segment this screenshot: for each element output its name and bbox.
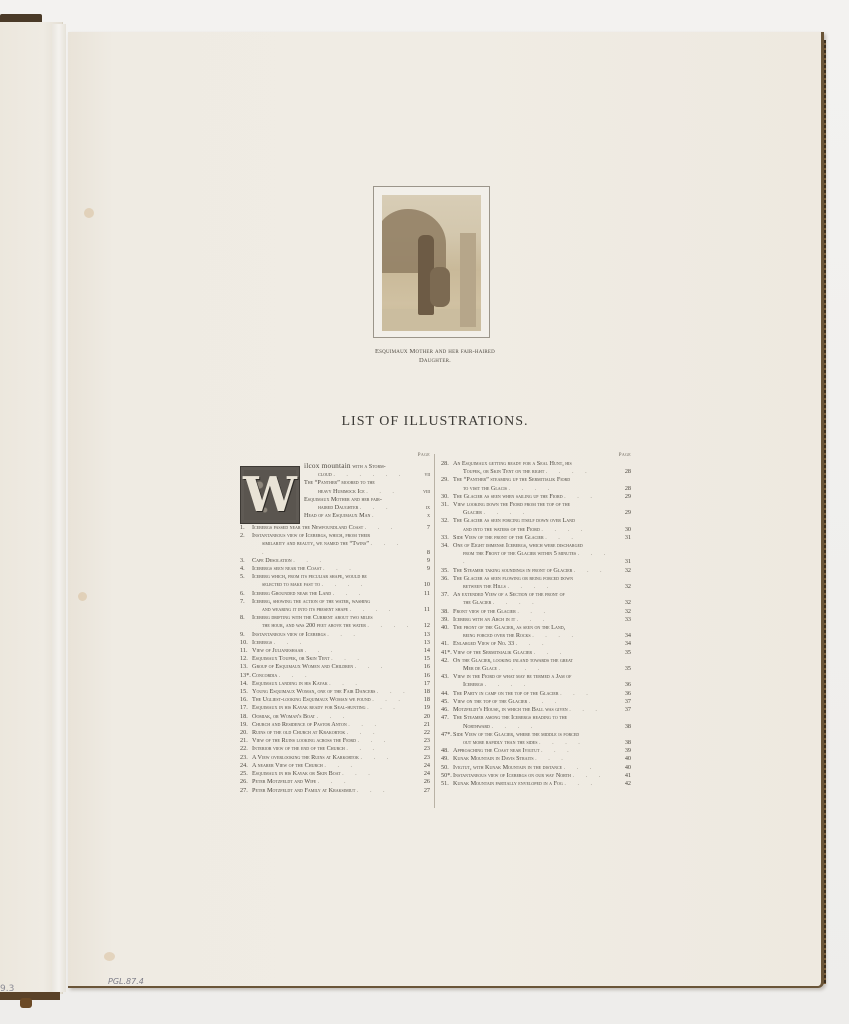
entry-text-cont: the Glacier — [463, 599, 491, 606]
entry-page: 27 — [414, 787, 430, 795]
entry-text: On the Glacier, looking inland towards t… — [453, 657, 573, 664]
entry-text: The Ugliest-looking Esquimaux Woman we f… — [252, 696, 371, 703]
entry-number: 24. — [240, 762, 252, 770]
entry-text: Ivigtut, with Kunak Mountain in the dist… — [453, 764, 562, 771]
entry-text: Ruins of the old Church at Krakortok — [252, 729, 345, 736]
entry-number: 7. — [240, 598, 252, 606]
entry-text: Iceberg, showing the action of the water… — [252, 598, 370, 605]
entry-page: 9 — [414, 557, 430, 565]
entry-number: 50*. — [441, 772, 453, 780]
list-item: 24.A nearer View of the Church . . .24 — [240, 762, 430, 770]
entry-text: Side View of the Glacier, where the midd… — [453, 731, 579, 738]
entry-number: 31. — [441, 501, 453, 509]
list-item: Esquimaux Mother and her fair-haired Dau… — [304, 496, 430, 512]
entry-number: 44. — [441, 690, 453, 698]
binding-damage-fragment — [20, 998, 32, 1008]
photograph-mount — [373, 186, 490, 338]
entry-page: 40 — [615, 764, 631, 772]
entry-page: 16 — [414, 663, 430, 671]
entry-page: 31 — [615, 558, 631, 566]
entry-number: 49. — [441, 755, 453, 763]
entry-number: 19. — [240, 721, 252, 729]
list-item: 16.The Ugliest-looking Esquimaux Woman w… — [240, 696, 430, 704]
frontispiece-entries: ilcox mountain with a Storm-cloud . . . … — [304, 460, 430, 524]
list-item: 4.Icebergs seen near the Coast . . .9 — [240, 565, 430, 573]
entry-number: 29. — [441, 476, 453, 484]
entry-page: 28 — [615, 485, 631, 493]
entry-number: 3. — [240, 557, 252, 565]
photograph-esquimaux-mother-and-daughter — [382, 195, 481, 331]
entry-text: with a Storm- — [352, 463, 385, 470]
entry-number: 6. — [240, 590, 252, 598]
list-item: 22.Interior view of the end of the Churc… — [240, 745, 430, 753]
list-item: 32.The Glacier as seen forcing itself do… — [441, 517, 631, 533]
entry-number: 50. — [441, 764, 453, 772]
entry-number: 13. — [240, 663, 252, 671]
entry-page: 35 — [615, 649, 631, 657]
entry-number: 27. — [240, 787, 252, 795]
entry-page: viii — [414, 488, 430, 496]
list-item: 30.The Glacier as seen when sailing up t… — [441, 493, 631, 501]
entry-text: Icebergs seen near the Coast — [252, 565, 322, 572]
list-item: 47.The Steamer among the Icebergs headin… — [441, 714, 631, 730]
entry-text-cont: haired Daughter — [318, 504, 358, 511]
entry-page: 21 — [414, 721, 430, 729]
entry-number: 37. — [441, 591, 453, 599]
page-column-header: Page — [240, 452, 430, 460]
entry-page: 35 — [615, 665, 631, 673]
list-item: 51.Kunak Mountain partially enveloped in… — [441, 780, 631, 788]
list-item: 15.Young Esquimaux Woman, one of the Fai… — [240, 688, 430, 696]
entry-text: Motzfeldt's House, in which the Ball was… — [453, 706, 568, 713]
entry-page: 23 — [414, 754, 430, 762]
list-item: 13.Group of Esquimaux Women and Children… — [240, 663, 430, 671]
entry-text-cont: similarity and beauty, we named the “Twi… — [262, 540, 369, 547]
list-item: 21.View of the Ruins looking across the … — [240, 737, 430, 745]
entry-text: Head of an Esquimaux Man — [304, 512, 370, 519]
entry-page: 14 — [414, 647, 430, 655]
entry-number: 22. — [240, 745, 252, 753]
entry-number: 42. — [441, 657, 453, 665]
entry-number: 30. — [441, 493, 453, 501]
entry-number: 32. — [441, 517, 453, 525]
entry-text-cont: the hour, and was 200 feet above the wat… — [262, 622, 366, 629]
entry-number: 35. — [441, 567, 453, 575]
entry-text: Concordia — [252, 672, 277, 679]
entry-number: 16. — [240, 696, 252, 704]
entry-page: 15 — [414, 655, 430, 663]
entry-text-cont: Northward — [463, 723, 490, 730]
entry-number: 8. — [240, 614, 252, 622]
entry-text: The Glacier as seen when sailing up the … — [453, 493, 563, 500]
entry-page: 33 — [615, 616, 631, 624]
entry-text: View of the Sermitsialik Glacier — [453, 649, 532, 656]
entry-text: The Party in camp on the top of the Glac… — [453, 690, 559, 697]
entry-page: 24 — [414, 770, 430, 778]
entry-number: 1. — [240, 524, 252, 532]
entry-text: Iceberg drifting with the Current about … — [252, 614, 373, 621]
entry-text-cont: Mer de Glace — [463, 665, 497, 672]
entry-page: x — [414, 512, 430, 520]
entry-page: 32 — [615, 608, 631, 616]
caption-line-2: Daughter. — [340, 356, 530, 365]
list-item: Head of an Esquimaux Man . x — [304, 512, 430, 520]
list-item: 39.Iceberg with an Arch in it . . .33 — [441, 616, 631, 624]
entry-text: Esquimaux Mother and her fair- — [304, 496, 382, 503]
entry-number: 47. — [441, 714, 453, 722]
entry-text: Icebergs passed near the Newfoundland Co… — [252, 524, 363, 531]
entry-number: 21. — [240, 737, 252, 745]
page-title: LIST OF ILLUSTRATIONS. — [300, 414, 570, 430]
list-item: 42.On the Glacier, looking inland toward… — [441, 657, 631, 673]
entry-page: 22 — [414, 729, 430, 737]
entry-page: 9 — [414, 565, 430, 573]
gutter-strip — [52, 24, 66, 992]
entry-number: 14. — [240, 680, 252, 688]
list-item: 8.Iceberg drifting with the Current abou… — [240, 614, 430, 630]
list-item: 26.Peter Motzfeldt and Wife . . .26 — [240, 778, 430, 786]
entry-text: Approaching the Coast near Ivigtut — [453, 747, 539, 754]
entry-page: 37 — [615, 706, 631, 714]
list-item: 41*.View of the Sermitsialik Glacier . .… — [441, 649, 631, 657]
list-item: The “Panther” moored to theheavy Hummock… — [304, 479, 430, 495]
entry-page: 16 — [414, 672, 430, 680]
list-item: 33.Side View of the front of the Glacier… — [441, 534, 631, 542]
list-item: 19.Church and Residence of Pastor Anton … — [240, 721, 430, 729]
list-item: 25.Esquimaux in his Kayak or Skin Boat .… — [240, 770, 430, 778]
entry-number: 10. — [240, 639, 252, 647]
frontispiece-block: W ilcox mountain with a Storm-cloud . . … — [240, 460, 430, 524]
entry-text: Instantaneous view of Icebergs, which, f… — [252, 532, 370, 539]
list-item: 6.Iceberg Grounded near the Land . . .11 — [240, 590, 430, 598]
entry-text-cont: from the Front of the Glacier within 5 m… — [463, 550, 576, 557]
entry-page: 11 — [414, 590, 430, 598]
list-item: 11.View of Julianeshaab . . .14 — [240, 647, 430, 655]
entry-text: Interior view of the end of the Church — [252, 745, 345, 752]
entry-page: 41 — [615, 772, 631, 780]
list-item: 38.Front view of the Glacier . . .32 — [441, 608, 631, 616]
entry-number: 23. — [240, 754, 252, 762]
entry-text: An Esquimaux getting ready for a Seal Hu… — [453, 460, 572, 467]
entry-text: One of Eight immense Icebergs, which wer… — [453, 542, 583, 549]
photo-caption: Esquimaux Mother and her fair-haired Dau… — [340, 347, 530, 365]
entry-page: 34 — [615, 632, 631, 640]
entry-page: 11 — [414, 606, 430, 614]
entry-text-cont: cloud — [318, 471, 332, 478]
list-item: 37.An extended View of a Section of the … — [441, 591, 631, 607]
list-item: 7.Iceberg, showing the action of the wat… — [240, 598, 430, 614]
list-item: 3.Cape Desolation . . .9 — [240, 557, 430, 565]
list-item: 1.Icebergs passed near the Newfoundland … — [240, 524, 430, 532]
foxing-spot — [78, 592, 87, 601]
entry-page: 17 — [414, 680, 430, 688]
entry-text-cont: Toupek, or Skin Tent on the right — [463, 468, 544, 475]
entry-number: 33. — [441, 534, 453, 542]
entry-text-cont: between the Hills — [463, 583, 506, 590]
entry-page: 42 — [615, 780, 631, 788]
entry-page: 18 — [414, 696, 430, 704]
list-item: 31.View looking down the Fiord from the … — [441, 501, 631, 517]
entry-text: View of Julianeshaab — [252, 647, 303, 654]
list-item: 17.Esquimaux in his Kayak ready for Seal… — [240, 704, 430, 712]
list-item: 35.The Steamer taking soundings in front… — [441, 567, 631, 575]
list-item: 10.Icebergs . . .13 — [240, 639, 430, 647]
entry-number: 17. — [240, 704, 252, 712]
foxing-spot — [84, 208, 94, 218]
entry-text: ilcox mountain — [304, 461, 351, 470]
list-item: 41.Enlarged View of No. 33 . . .34 — [441, 640, 631, 648]
entry-number: 5. — [240, 573, 252, 581]
list-item: 20.Ruins of the old Church at Krakortok … — [240, 729, 430, 737]
entry-text: Esquimaux landing in his Kayak — [252, 680, 328, 687]
left-leaf-mark: 9.3 — [0, 984, 14, 994]
entry-text: A nearer View of the Church — [252, 762, 323, 769]
entry-page: 28 — [615, 468, 631, 476]
list-item: 50.Ivigtut, with Kunak Mountain in the d… — [441, 764, 631, 772]
list-item: 5.Iceberg which, from its peculiar shape… — [240, 573, 430, 589]
entry-page: 37 — [615, 698, 631, 706]
entry-text: The Steamer taking soundings in front of… — [453, 567, 572, 574]
entry-number: 40. — [441, 624, 453, 632]
entry-number: 13*. — [240, 672, 252, 680]
entry-number: 38. — [441, 608, 453, 616]
entry-text: Young Esquimaux Woman, one of the Fair D… — [252, 688, 375, 695]
entry-number: 2. — [240, 532, 252, 540]
entry-page: 30 — [615, 526, 631, 534]
entry-text: Front view of the Glacier — [453, 608, 516, 615]
entry-number: 20. — [240, 729, 252, 737]
entry-page: 29 — [615, 493, 631, 501]
entry-page: 26 — [414, 778, 430, 786]
entry-page: 31 — [615, 534, 631, 542]
entry-text: Instantaneous view of Icebergs on our wa… — [453, 772, 571, 779]
entry-text-cont: Glacier — [463, 509, 482, 516]
entry-text: The “Panther” steaming up the Sermitiali… — [453, 476, 570, 483]
list-item: 29.The “Panther” steaming up the Sermiti… — [441, 476, 631, 492]
entry-number: 18. — [240, 713, 252, 721]
entry-text-cont: selected to make fast to — [262, 581, 320, 588]
entry-number: 9. — [240, 631, 252, 639]
entry-page: 8 — [414, 549, 430, 557]
entry-text: Esquimaux Toupek, or Skin Tent — [252, 655, 330, 662]
entry-text: A View overlooking the Ruins at Karkorto… — [252, 754, 359, 761]
list-item: 9.Instantaneous view of Icebergs . . .13 — [240, 631, 430, 639]
list-item: 46.Motzfeldt's House, in which the Ball … — [441, 706, 631, 714]
column-divider — [434, 454, 435, 808]
entry-text-cont: being forced over the Rocks — [463, 632, 531, 639]
entry-text-cont: and wearing it into its present shape — [262, 606, 348, 613]
entry-text: Enlarged View of No. 33 — [453, 640, 514, 647]
list-item: 49.Kunak Mountain in Davis Straits . . .… — [441, 755, 631, 763]
entry-page: 19 — [414, 704, 430, 712]
entry-page: 24 — [414, 762, 430, 770]
list-item: 40.The front of the Glacier, as seen on … — [441, 624, 631, 640]
entry-text: Peter Motzfeldt and Wife — [252, 778, 316, 785]
entry-page: 13 — [414, 631, 430, 639]
list-item: 45.View on the top of the Glacier . . .3… — [441, 698, 631, 706]
illustrations-column-left: Page W ilcox mountain with a Storm-cloud… — [240, 452, 430, 795]
illustrations-list-left: 1.Icebergs passed near the Newfoundland … — [240, 524, 430, 795]
entry-text: The Steamer among the Icebergs heading t… — [453, 714, 567, 721]
entry-text: View on the top of the Glacier — [453, 698, 527, 705]
entry-page: 32 — [615, 583, 631, 591]
illustrations-list-right: 28.An Esquimaux getting ready for a Seal… — [441, 460, 631, 788]
entry-page: 32 — [615, 567, 631, 575]
entry-page: 38 — [615, 723, 631, 731]
list-item: 43.View in the Fiord of what may be term… — [441, 673, 631, 689]
entry-text: Peter Motzfeldt and Family at Kraksimiut — [252, 787, 355, 794]
entry-number: 4. — [240, 565, 252, 573]
entry-text: Kunak Mountain partially enveloped in a … — [453, 780, 563, 787]
entry-text: View in the Fiord of what may be termed … — [453, 673, 571, 680]
caption-line-1: Esquimaux Mother and her fair-haired — [340, 347, 530, 356]
entry-number: 43. — [441, 673, 453, 681]
entry-page: 34 — [615, 640, 631, 648]
list-item: 44.The Party in camp on the top of the G… — [441, 690, 631, 698]
entry-number: 15. — [240, 688, 252, 696]
entry-text: The Glacier as seen forcing itself down … — [453, 517, 575, 524]
entry-number: 39. — [441, 616, 453, 624]
list-item: 36.The Glacier as seen flowing or being … — [441, 575, 631, 591]
list-item: 50*.Instantaneous view of Icebergs on ou… — [441, 772, 631, 780]
entry-text: Iceberg Grounded near the Land — [252, 590, 331, 597]
entry-text-cont: out more rapidly than the sides — [463, 739, 537, 746]
list-item: 28.An Esquimaux getting ready for a Seal… — [441, 460, 631, 476]
entry-page: 23 — [414, 737, 430, 745]
entry-page: 23 — [414, 745, 430, 753]
entry-number: 51. — [441, 780, 453, 788]
entry-number: 25. — [240, 770, 252, 778]
entry-number: 41*. — [441, 649, 453, 657]
list-item: 14.Esquimaux landing in his Kayak . . .1… — [240, 680, 430, 688]
entry-text: View looking down the Fiord from the top… — [453, 501, 570, 508]
entry-number: 12. — [240, 655, 252, 663]
entry-number: 34. — [441, 542, 453, 550]
entry-text: Side View of the front of the Glacier — [453, 534, 544, 541]
list-item: 13*.Concordia . . .16 — [240, 672, 430, 680]
entry-number: 11. — [240, 647, 252, 655]
list-item: 23.A View overlooking the Ruins at Karko… — [240, 754, 430, 762]
entry-text-cont: Icebergs — [463, 681, 483, 688]
entry-page: vii — [414, 471, 430, 479]
entry-text: Iceberg which, from its peculiar shape, … — [252, 573, 367, 580]
entry-page: 38 — [615, 739, 631, 747]
entry-text: Group of Esquimaux Women and Children — [252, 663, 353, 670]
entry-page: 20 — [414, 713, 430, 721]
entry-number: 46. — [441, 706, 453, 714]
entry-page: 40 — [615, 755, 631, 763]
entry-text: Icebergs — [252, 639, 272, 646]
entry-page: 29 — [615, 509, 631, 517]
entry-page: 10 — [414, 581, 430, 589]
entry-text: Esquimaux in his Kayak or Skin Boat — [252, 770, 341, 777]
entry-number: 41. — [441, 640, 453, 648]
entry-page: 36 — [615, 690, 631, 698]
entry-text: Iceberg with an Arch in it — [453, 616, 515, 623]
decorative-initial-w: W — [240, 466, 300, 524]
entry-text: The Glacier as seen flowing or being for… — [453, 575, 573, 582]
entry-number: 26. — [240, 778, 252, 786]
foxing-spot — [104, 952, 115, 961]
list-item: 27.Peter Motzfeldt and Family at Kraksim… — [240, 787, 430, 795]
entry-page: 18 — [414, 688, 430, 696]
list-item: 18.Oomiak, or Woman's Boat . . .20 — [240, 713, 430, 721]
entry-text: View of the Ruins looking across the Fio… — [252, 737, 356, 744]
entry-page: 12 — [414, 622, 430, 630]
entry-number: 36. — [441, 575, 453, 583]
pencil-accession-mark: PGL.87.4 — [108, 977, 144, 986]
entry-text: Esquimaux in his Kayak ready for Seal-hu… — [252, 704, 366, 711]
entry-text-cont: to visit the Glacis — [463, 485, 507, 492]
entry-page: 32 — [615, 599, 631, 607]
entry-text: The “Panther” moored to the — [304, 479, 375, 486]
entry-number: 47*. — [441, 731, 453, 739]
list-item: 12.Esquimaux Toupek, or Skin Tent . . .1… — [240, 655, 430, 663]
list-item: ilcox mountain with a Storm-cloud . . . … — [304, 462, 430, 479]
entry-page: 39 — [615, 747, 631, 755]
entry-text: Cape Desolation — [252, 557, 292, 564]
entry-text: An extended View of a Section of the fro… — [453, 591, 565, 598]
entry-number: 45. — [441, 698, 453, 706]
entry-number: 48. — [441, 747, 453, 755]
entry-page: 13 — [414, 639, 430, 647]
entry-page: ix — [414, 504, 430, 512]
entry-text-cont: heavy Hummock Ice — [318, 488, 365, 495]
entry-text: Kunak Mountain in Davis Straits — [453, 755, 534, 762]
list-item: 34.One of Eight immense Icebergs, which … — [441, 542, 631, 567]
entry-text: The front of the Glacier, as seen on the… — [453, 624, 565, 631]
illustrations-column-right: Page 28.An Esquimaux getting ready for a… — [441, 452, 631, 788]
entry-number: 28. — [441, 460, 453, 468]
list-item: 47*.Side View of the Glacier, where the … — [441, 731, 631, 747]
entry-text-cont: and into the waters of the Fiord — [463, 526, 540, 533]
entry-text: Church and Residence of Pastor Anton — [252, 721, 347, 728]
list-item: 2.Instantaneous view of Icebergs, which,… — [240, 532, 430, 557]
entry-page: 7 — [414, 524, 430, 532]
entry-page: 36 — [615, 681, 631, 689]
page-column-header: Page — [441, 452, 631, 460]
list-item: 48.Approaching the Coast near Ivigtut . … — [441, 747, 631, 755]
entry-text: Instantaneous view of Icebergs — [252, 631, 326, 638]
entry-text: Oomiak, or Woman's Boat — [252, 713, 315, 720]
